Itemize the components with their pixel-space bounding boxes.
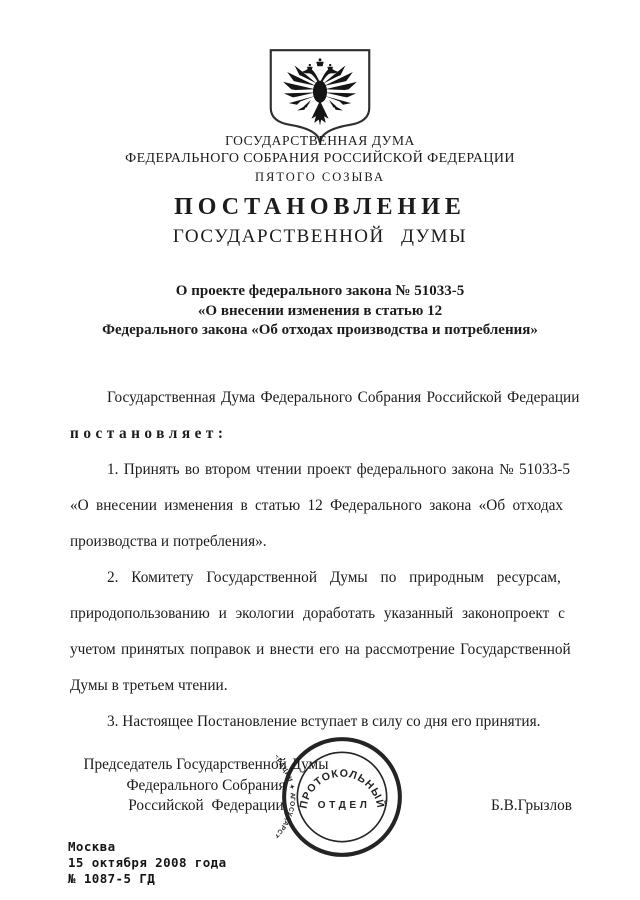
paragraph-2-line-3: учетом принятых поправок и внести его на…	[70, 632, 584, 668]
body-intro-line: Государственная Дума Федерального Собран…	[70, 380, 584, 416]
document-page: ГОСУДАРСТВЕННАЯ ДУМА ФЕДЕРАЛЬНОГО СОБРАН…	[0, 0, 640, 900]
paragraph-2-line-1: 2. Комитету Государственной Думы по прир…	[70, 560, 584, 596]
subject-line-1: О проекте федерального закона № 51033-5	[0, 282, 640, 302]
subject-block: О проекте федерального закона № 51033-5 …	[0, 282, 640, 341]
org-name-line2: ФЕДЕРАЛЬНОГО СОБРАНИЯ РОССИЙСКОЙ ФЕДЕРАЦ…	[0, 151, 640, 167]
protocol-department-stamp: ГОСУДАРСТВЕННОЙ ДУМЫ ФЕДЕРАЛЬНОГО СОБРАН…	[276, 731, 408, 863]
signatory-name: Б.В.Грызлов	[491, 797, 572, 815]
org-name-line1: ГОСУДАРСТВЕННАЯ ДУМА	[0, 133, 640, 149]
decree-word: постановляет:	[70, 416, 584, 452]
document-type-subtitle: ГОСУДАРСТВЕННОЙ ДУМЫ	[0, 226, 640, 248]
header-org-block: ГОСУДАРСТВЕННАЯ ДУМА ФЕДЕРАЛЬНОГО СОБРАН…	[0, 133, 640, 185]
paragraph-1-line-2: «О внесении изменения в статью 12 Федера…	[70, 488, 584, 524]
footer-city: Москва	[68, 839, 227, 855]
subject-line-3: Федерального закона «Об отходах производ…	[0, 321, 640, 341]
body-text: Государственная Дума Федерального Собран…	[70, 380, 584, 740]
paragraph-2-line-4: Думы в третьем чтении.	[70, 668, 584, 704]
paragraph-1-line-3: производства и потребления».	[70, 524, 584, 560]
subject-line-2: «О внесении изменения в статью 12	[0, 302, 640, 322]
footer-date: 15 октября 2008 года	[68, 855, 227, 871]
footer-number: № 1087-5 ГД	[68, 871, 227, 887]
document-type-title: ПОСТАНОВЛЕНИЕ	[0, 194, 640, 221]
stamp-center-text: ОТДЕЛ	[318, 800, 371, 811]
paragraph-2-line-2: природопользованию и экологии доработать…	[70, 596, 584, 632]
footer-block: Москва 15 октября 2008 года № 1087-5 ГД	[68, 839, 227, 887]
paragraph-1-line-1: 1. Принять во втором чтении проект федер…	[70, 452, 584, 488]
coat-of-arms-icon	[264, 47, 376, 146]
org-convocation-line: ПЯТОГО СОЗЫВА	[0, 170, 640, 185]
